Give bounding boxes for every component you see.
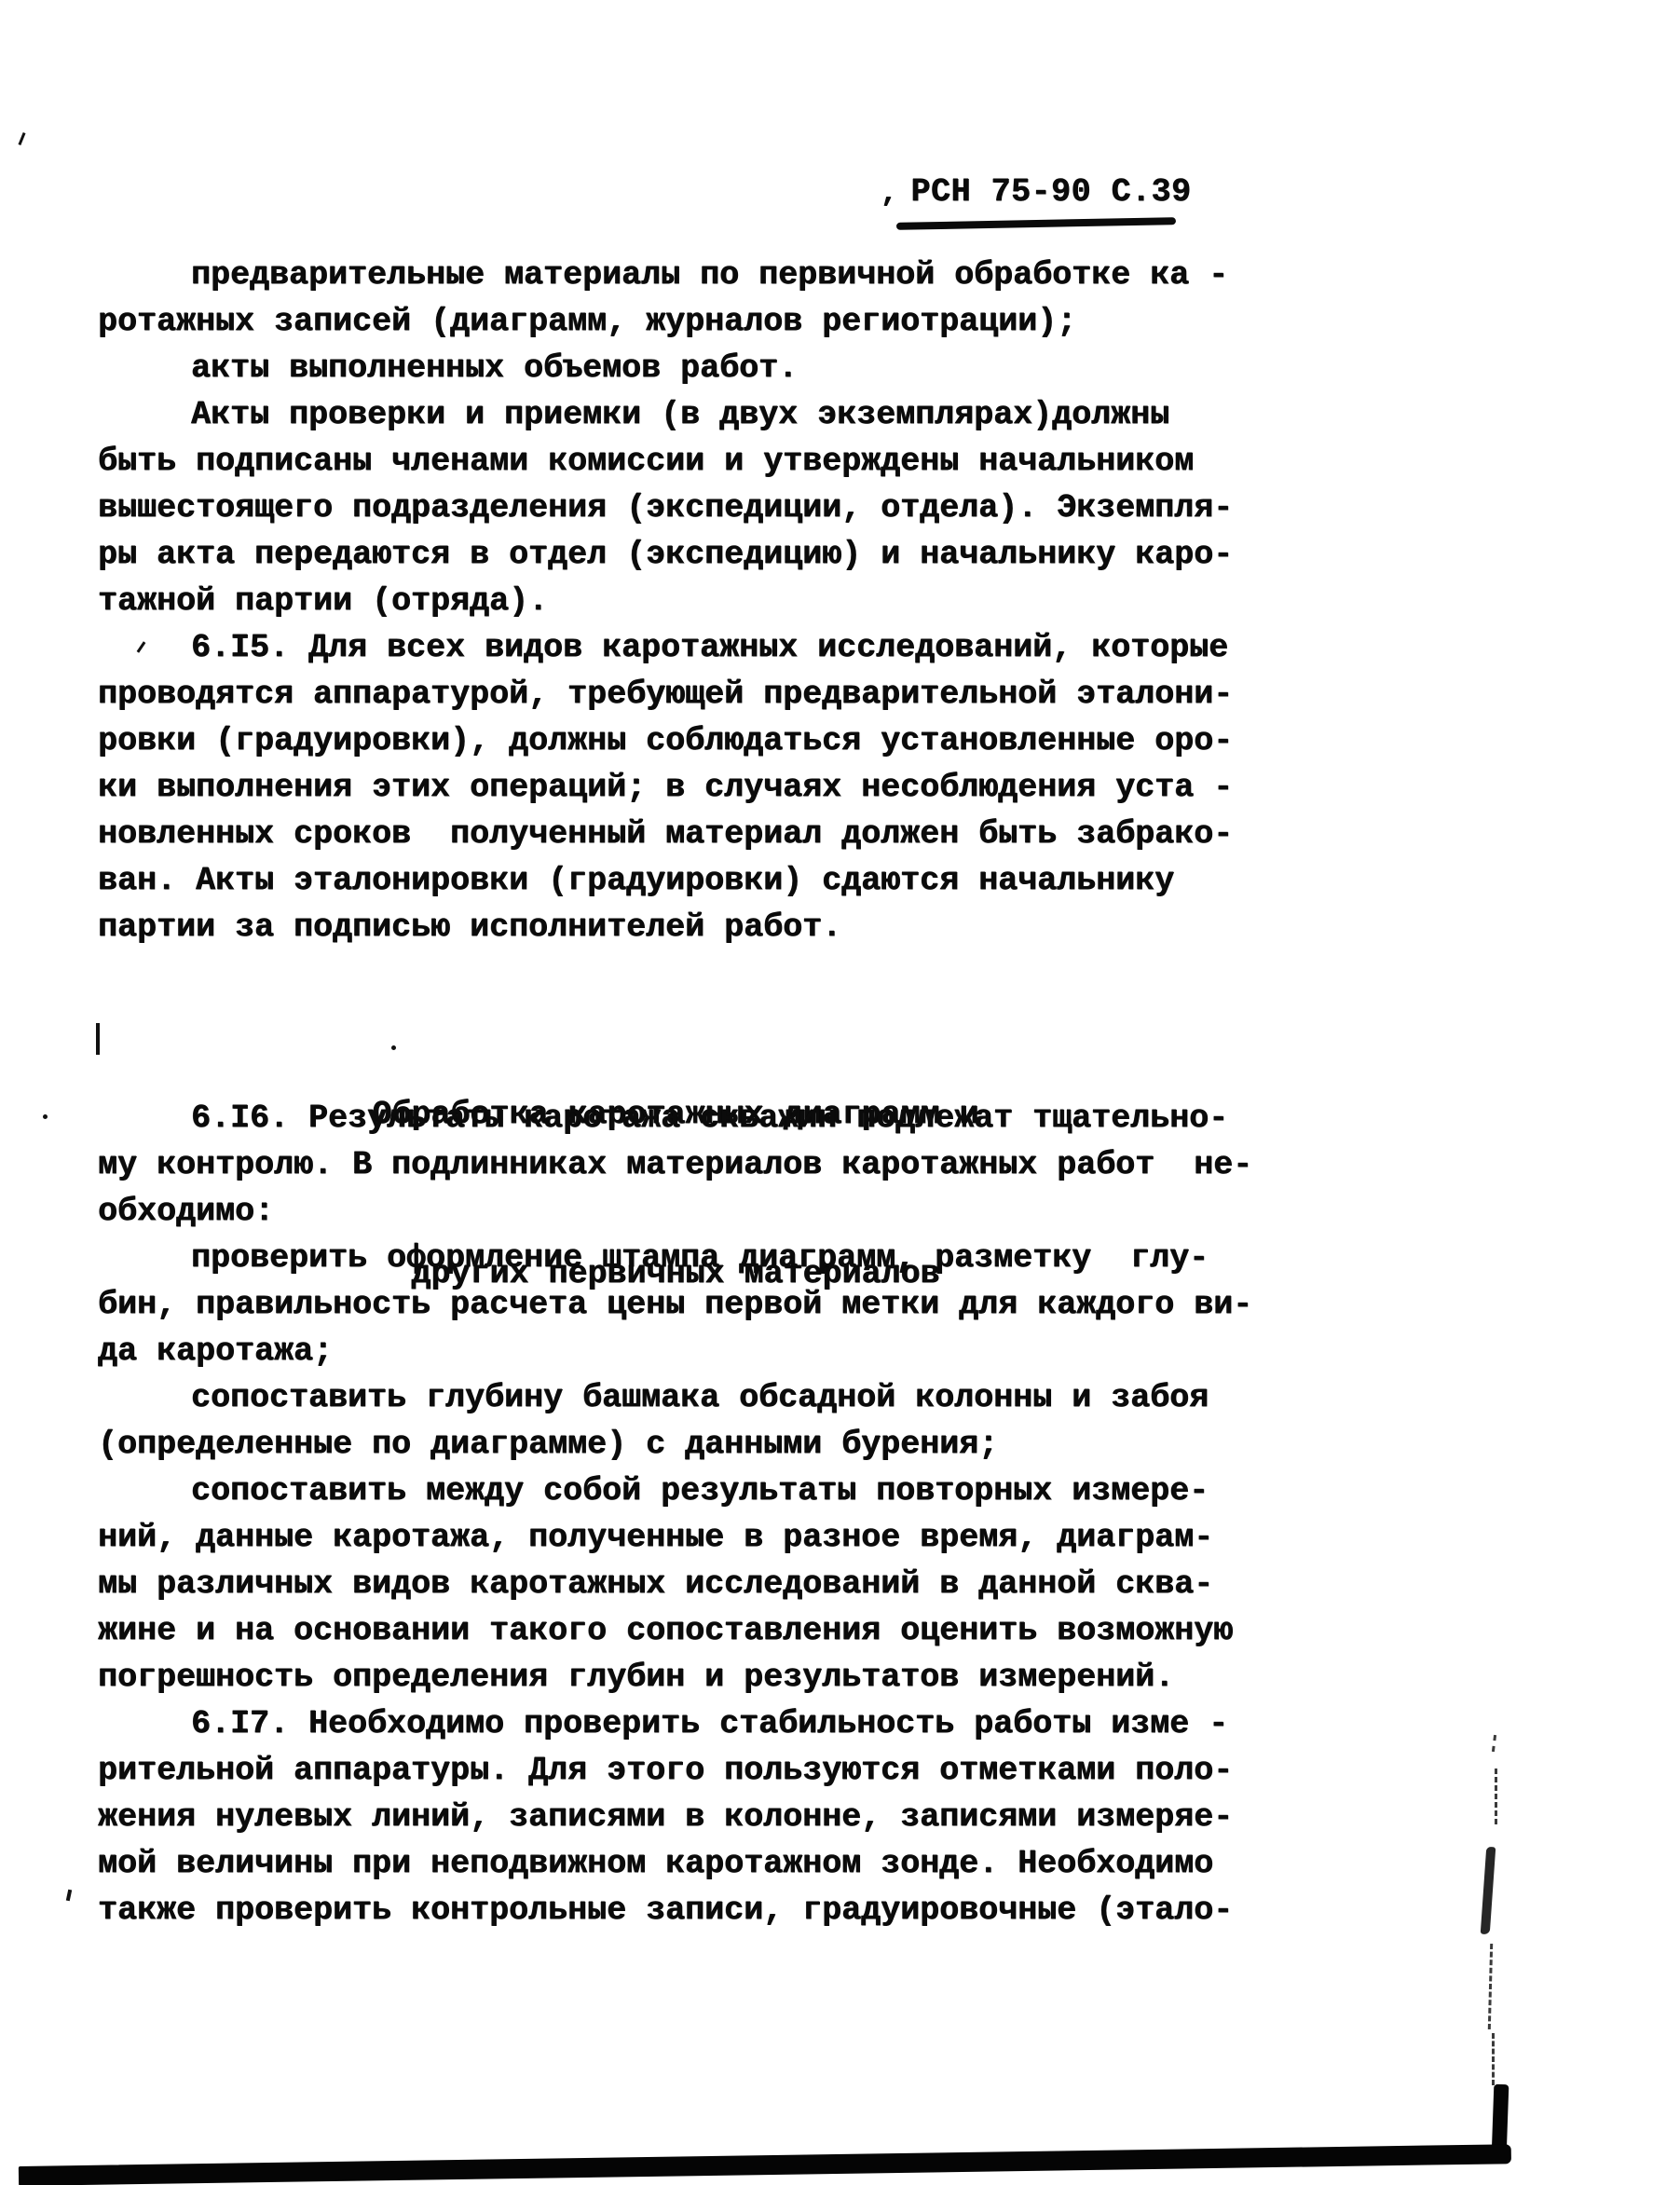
text-line: тажной партии (отряда).	[98, 578, 1421, 624]
text-line: предварительные материалы по первичной о…	[98, 252, 1421, 298]
text-line: проверить оформление штампа диаграмм, ра…	[98, 1235, 1421, 1281]
scan-dot-left-margin	[43, 1114, 48, 1119]
text-line: ки выполнения этих операций; в случаях н…	[98, 764, 1421, 811]
text-line: жения нулевых линий, записями в колонне,…	[98, 1794, 1421, 1840]
header-underline	[896, 217, 1176, 230]
doc-code-header: ,РСН 75-90 С.39	[881, 173, 1192, 211]
text-line: Акты проверки и приемки (в двух экземпля…	[98, 391, 1421, 438]
text-line: (определенные по диаграмме) с данными бу…	[98, 1421, 1421, 1468]
text-line: мы различных видов каротажных исследован…	[98, 1561, 1421, 1607]
text-line: бин, правильность расчета цены первой ме…	[98, 1281, 1421, 1328]
text-line: также проверить контрольные записи, град…	[98, 1887, 1421, 1933]
text-line: новленных сроков полученный материал дол…	[98, 811, 1421, 857]
fold-line-segment	[1492, 2033, 1495, 2085]
text-line: му контролю. В подлинниках материалов ка…	[98, 1141, 1421, 1188]
text-line: 6.I7. Необходимо проверить стабильность …	[98, 1700, 1421, 1747]
document-page: ,РСН 75-90 С.39 предварительные материал…	[0, 0, 1680, 2185]
text-line: сопоставить глубину башмака обсадной кол…	[98, 1374, 1421, 1421]
scan-apostrophe-left	[66, 1890, 72, 1902]
text-line: ван. Акты эталонировки (градуировки) сда…	[98, 857, 1421, 904]
text-line: быть подписаны членами комиссии и утверж…	[98, 438, 1421, 485]
scan-dot-above-heading	[391, 1045, 396, 1050]
scan-artifact-comma: ,	[881, 178, 898, 210]
ink-smudge	[1481, 1847, 1496, 1934]
text-line: рительной аппаратуры. Для этого пользуют…	[98, 1747, 1421, 1794]
text-line: погрешность определения глубин и результ…	[98, 1654, 1421, 1700]
binding-shadow-bar	[19, 2144, 1511, 2185]
text-line: проводятся аппаратурой, требующей предва…	[98, 671, 1421, 717]
fold-line-segment	[1488, 1944, 1493, 2029]
fold-line-segment	[1492, 1735, 1496, 1752]
text-line: ры акта передаются в отдел (экспедицию) …	[98, 531, 1421, 578]
text-line: партии за подписью исполнителей работ.	[98, 904, 1421, 950]
text-line: 6.I6. Результаты каротажа скважин подлеж…	[98, 1095, 1421, 1141]
text-line: вышестоящего подразделения (экспедиции, …	[98, 485, 1421, 531]
doc-code: РСН 75-90 С.39	[911, 173, 1192, 211]
fold-line-segment	[1495, 1768, 1497, 1824]
text-line: ротажных записей (диаграмм, журналов рег…	[98, 298, 1421, 345]
text-line: ровки (градуировки), должны соблюдаться …	[98, 717, 1421, 764]
text-line: обходимо:	[98, 1188, 1421, 1235]
text-line: жине и на основании такого сопоставления…	[98, 1607, 1421, 1654]
scan-vertical-tick-left	[96, 1023, 100, 1055]
body-text-block-2: 6.I6. Результаты каротажа скважин подлеж…	[98, 1095, 1421, 1933]
scan-speck-topleft	[18, 132, 25, 145]
body-text-block-1: предварительные материалы по первичной о…	[98, 252, 1421, 950]
text-line: акты выполненных объемов работ.	[98, 345, 1421, 391]
text-line: мой величины при неподвижном каротажном …	[98, 1840, 1421, 1887]
text-line: ний, данные каротажа, полученные в разно…	[98, 1514, 1421, 1561]
text-line: 6.I5. Для всех видов каротажных исследов…	[98, 624, 1421, 671]
text-line: сопоставить между собой результаты повто…	[98, 1468, 1421, 1514]
text-line: да каротажа;	[98, 1328, 1421, 1374]
